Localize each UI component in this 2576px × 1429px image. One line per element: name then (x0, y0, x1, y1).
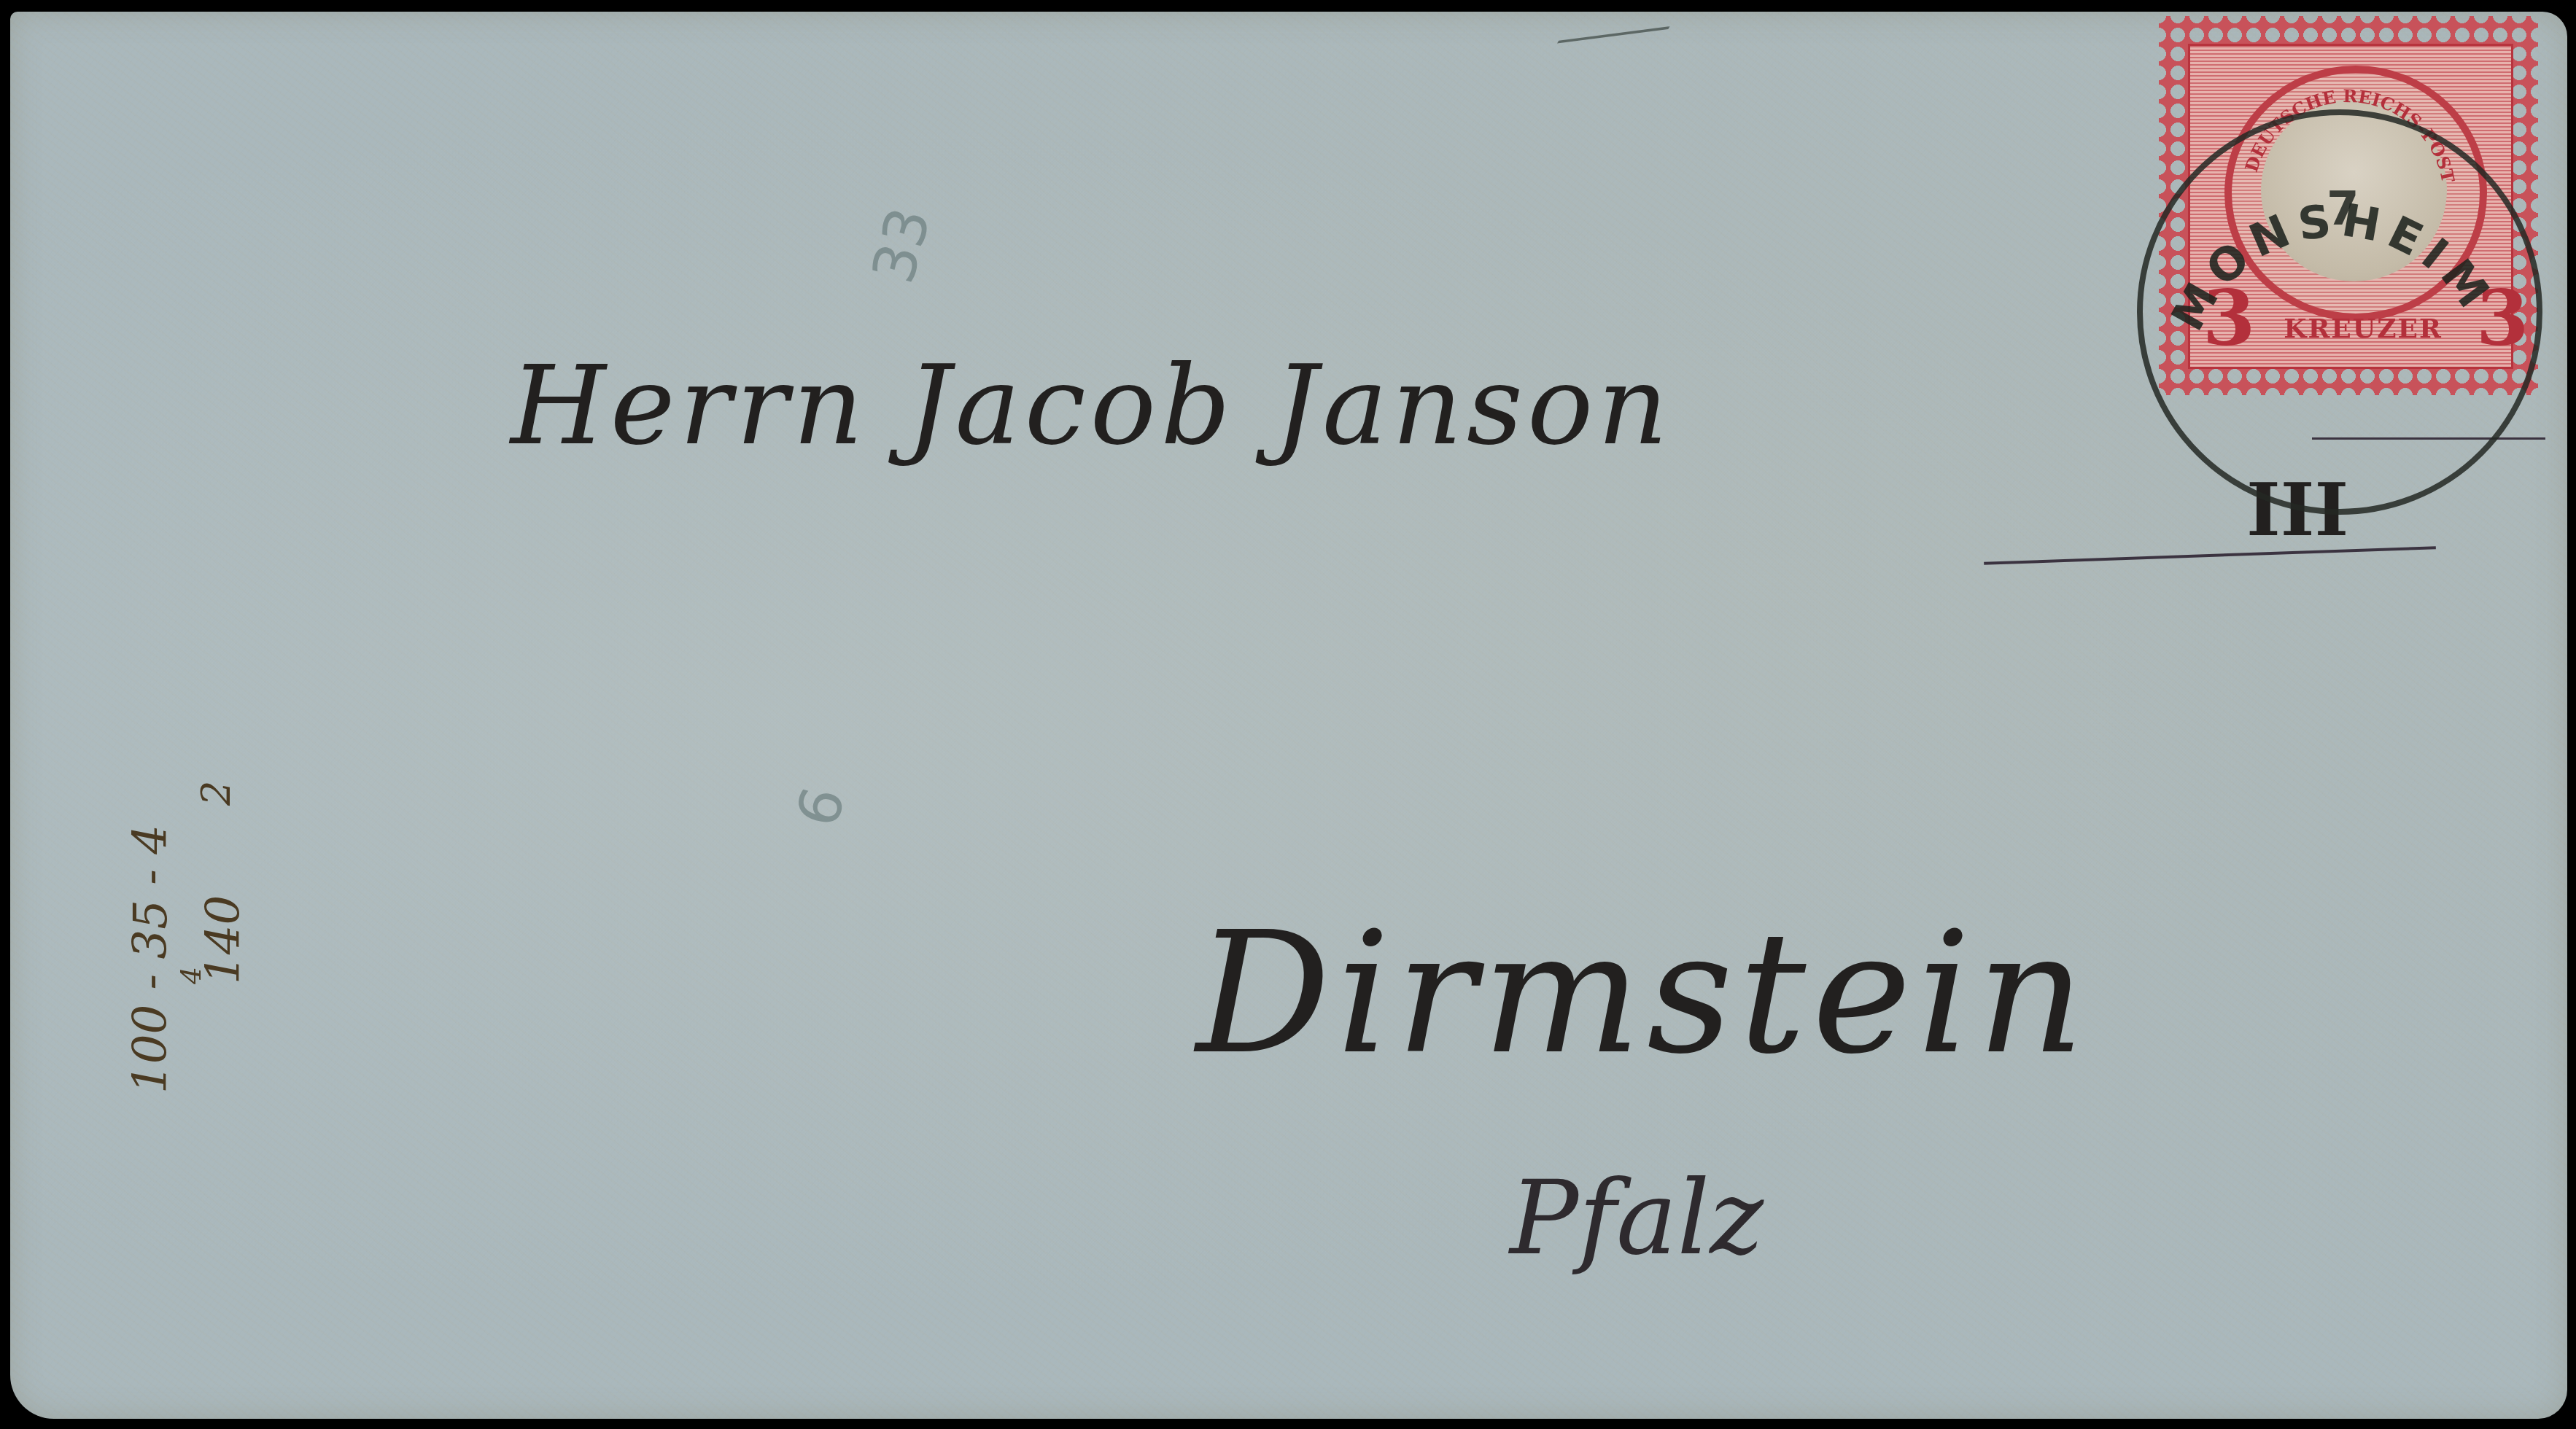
postmark-town: MONSHEIM (2137, 109, 2531, 503)
recipient-name: Herrn Jacob Janson (511, 343, 1672, 470)
calculation-line-1: 100 - 35 - 4 (124, 825, 178, 1094)
destination-city: Dirmstein (1196, 897, 2090, 1091)
margin-calculation: 100 - 35 - 4 4 140 2 (124, 744, 241, 1094)
postmark-date: 7 (2327, 182, 2359, 236)
destination-region: Pfalz (1510, 1159, 1764, 1278)
calculation-line-4: 2 (193, 781, 239, 806)
calculation-line-3: 140 (197, 895, 251, 984)
